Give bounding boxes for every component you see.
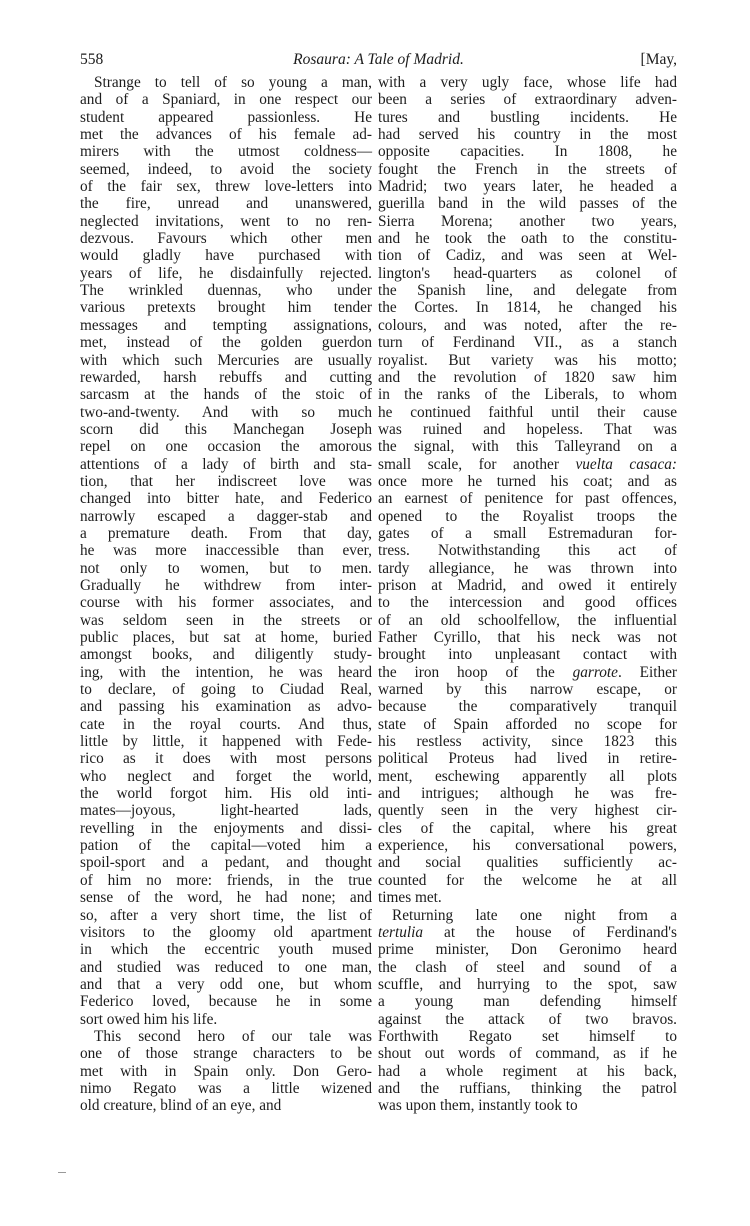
text-line: The wrinkled duennas, who under bbox=[80, 282, 372, 299]
text-line: ing, with the intention, he was heard bbox=[80, 664, 372, 681]
text-line: years of life, he disdainfully rejected. bbox=[80, 265, 372, 282]
text-line: spoil-sport and a pedant, and thought bbox=[80, 854, 372, 871]
text-line: changed into bitter hate, and Federico bbox=[80, 490, 372, 507]
text-line: been a series of extraordinary adven- bbox=[378, 91, 677, 108]
text-line: visitors to the gloomy old apartment bbox=[80, 924, 372, 941]
text-line: and of a Spaniard, in one respect our bbox=[80, 91, 372, 108]
text-line: met, instead of the golden guerdon bbox=[80, 334, 372, 351]
text-line: he was more inaccessible than ever, bbox=[80, 542, 372, 559]
text-line: opposite capacities. In 1808, he bbox=[378, 143, 677, 160]
text-line: the fire, unread and unanswered, bbox=[80, 195, 372, 212]
text-line: rewarded, harsh rebuffs and cutting bbox=[80, 369, 372, 386]
text-line: narrowly escaped a dagger-stab and bbox=[80, 508, 372, 525]
text-line: gates of a small Estremaduran for- bbox=[378, 525, 677, 542]
text-line: to declare, of going to Ciudad Real, bbox=[80, 681, 372, 698]
text-line: the Spanish line, and delegate from bbox=[378, 282, 677, 299]
text-line: Father Cyrillo, that his neck was not bbox=[378, 629, 677, 646]
text-line: messages and tempting assignations, bbox=[80, 317, 372, 334]
text-line: warned by this narrow escape, or bbox=[378, 681, 677, 698]
text-line: and passing his examination as advo- bbox=[80, 698, 372, 715]
text-line: scorn did this Manchegan Joseph bbox=[80, 421, 372, 438]
text-line: was ruined and hopeless. That was bbox=[378, 421, 677, 438]
text-line: mirers with the utmost coldness— bbox=[80, 143, 372, 160]
running-title: Rosaura: A Tale of Madrid. bbox=[80, 50, 677, 70]
text-line: times met. bbox=[378, 889, 677, 906]
text-line: a premature death. From that day, bbox=[80, 525, 372, 542]
text-line: a young man defending himself bbox=[378, 993, 677, 1010]
text-line: the clash of steel and sound of a bbox=[378, 959, 677, 976]
text-line: and the ruffians, thinking the patrol bbox=[378, 1080, 677, 1097]
text-line: sarcasm at the hands of the stoic of bbox=[80, 386, 372, 403]
text-line: royalist. But variety was his motto; bbox=[378, 352, 677, 369]
text-line: sense of the word, he had none; and bbox=[80, 889, 372, 906]
text-line: little by little, it happened with Fede- bbox=[80, 733, 372, 750]
text-line: fought the French in the streets of bbox=[378, 161, 677, 178]
text-line: not only to women, but to men. bbox=[80, 560, 372, 577]
text-line: and he took the oath to the constitu- bbox=[378, 230, 677, 247]
text-line: two-and-twenty. And with so much bbox=[80, 404, 372, 421]
text-line: tertulia at the house of Ferdinand's bbox=[378, 924, 677, 941]
text-line: quently seen in the very highest cir- bbox=[378, 802, 677, 819]
text-line: counted for the welcome he at all bbox=[378, 872, 677, 889]
text-line: ment, eschewing apparently all plots bbox=[378, 768, 677, 785]
text-line: mates—joyous, light-hearted lads, bbox=[80, 802, 372, 819]
text-line: tion of Cadiz, and was seen at Wel- bbox=[378, 247, 677, 264]
text-line: amongst books, and diligently study- bbox=[80, 646, 372, 663]
text-line: Madrid; two years later, he headed a bbox=[378, 178, 677, 195]
text-line: and intrigues; although he was fre- bbox=[378, 785, 677, 802]
text-line: with which such Mercuries are usually bbox=[80, 352, 372, 369]
text-line: public places, but sat at home, buried bbox=[80, 629, 372, 646]
text-line: prison at Madrid, and owed it entirely bbox=[378, 577, 677, 594]
issue-month: [May, bbox=[641, 50, 677, 70]
text-line: seemed, indeed, to avoid the society bbox=[80, 161, 372, 178]
text-line: in the ranks of the Liberals, to whom bbox=[378, 386, 677, 403]
text-line: This second hero of our tale was bbox=[80, 1028, 372, 1045]
text-line: his restless activity, since 1823 this bbox=[378, 733, 677, 750]
text-line: was upon them, instantly took to bbox=[378, 1097, 677, 1114]
text-line: cate in the royal courts. And thus, bbox=[80, 716, 372, 733]
text-line: tardy allegiance, he was thrown into bbox=[378, 560, 677, 577]
text-line: because the comparatively tranquil bbox=[378, 698, 677, 715]
text-line: student appeared passionless. He bbox=[80, 109, 372, 126]
text-line: in which the eccentric youth mused bbox=[80, 941, 372, 958]
text-line: political Proteus had lived in retire- bbox=[378, 750, 677, 767]
text-line: with a very ugly face, whose life had bbox=[378, 74, 677, 91]
text-line: pation of the capital—voted him a bbox=[80, 837, 372, 854]
text-line: met with in Spain only. Don Gero- bbox=[80, 1063, 372, 1080]
text-line: had served his country in the most bbox=[378, 126, 677, 143]
text-line: tures and bustling incidents. He bbox=[378, 109, 677, 126]
text-line: tress. Notwithstanding this act of bbox=[378, 542, 677, 559]
text-line: various pretexts brought him tender bbox=[80, 299, 372, 316]
running-header: 558 Rosaura: A Tale of Madrid. [May, bbox=[80, 50, 677, 70]
text-line: rico as it does with most persons bbox=[80, 750, 372, 767]
text-line: would gladly have purchased with bbox=[80, 247, 372, 264]
text-line: old creature, blind of an eye, and bbox=[80, 1097, 372, 1114]
text-line: had a whole regiment at his back, bbox=[378, 1063, 677, 1080]
text-line: revelling in the enjoyments and dissi- bbox=[80, 820, 372, 837]
text-line: Forthwith Regato set himself to bbox=[378, 1028, 677, 1045]
text-line: the Cortes. In 1814, he changed his bbox=[378, 299, 677, 316]
text-line: and studied was reduced to one man, bbox=[80, 959, 372, 976]
text-line: turn of Ferdinand VII., as a stanch bbox=[378, 334, 677, 351]
text-line: opened to the Royalist troops the bbox=[378, 508, 677, 525]
text-line: he continued faithful until their cause bbox=[378, 404, 677, 421]
text-line: Sierra Morena; another two years, bbox=[378, 213, 677, 230]
left-text-column: Strange to tell of so young a man,and of… bbox=[80, 74, 372, 1115]
text-line: scuffle, and hurrying to the spot, saw bbox=[378, 976, 677, 993]
text-line: guerilla band in the wild passes of the bbox=[378, 195, 677, 212]
text-line: state of Spain afforded no scope for bbox=[378, 716, 677, 733]
text-line: Returning late one night from a bbox=[378, 907, 677, 924]
text-line: shout out words of command, as if he bbox=[378, 1045, 677, 1062]
text-line: Gradually he withdrew from inter- bbox=[80, 577, 372, 594]
text-line: Strange to tell of so young a man, bbox=[80, 74, 372, 91]
text-line: nimo Regato was a little wizened bbox=[80, 1080, 372, 1097]
text-line: of an old schoolfellow, the influential bbox=[378, 612, 677, 629]
text-line: the world forgot him. His old inti- bbox=[80, 785, 372, 802]
text-line: lington's head-quarters as colonel of bbox=[378, 265, 677, 282]
text-line: dezvous. Favours which other men bbox=[80, 230, 372, 247]
text-line: cles of the capital, where his great bbox=[378, 820, 677, 837]
text-line: one of those strange characters to be bbox=[80, 1045, 372, 1062]
text-line: prime minister, Don Geronimo heard bbox=[378, 941, 677, 958]
text-line: the iron hoop of the garrote. Either bbox=[378, 664, 677, 681]
text-line: an earnest of penitence for past offence… bbox=[378, 490, 677, 507]
text-line: Federico loved, because he in some bbox=[80, 993, 372, 1010]
text-line: once more he turned his coat; and as bbox=[378, 473, 677, 490]
text-line: brought into unpleasant contact with bbox=[378, 646, 677, 663]
text-line: of the fair sex, threw love-letters into bbox=[80, 178, 372, 195]
text-line: against the attack of two bravos. bbox=[378, 1011, 677, 1028]
text-line: the signal, with this Talleyrand on a bbox=[378, 438, 677, 455]
text-line: of him no more: friends, in the true bbox=[80, 872, 372, 889]
text-line: met the advances of his female ad- bbox=[80, 126, 372, 143]
text-line: small scale, for another vuelta casaca: bbox=[378, 456, 677, 473]
text-line: so, after a very short time, the list of bbox=[80, 907, 372, 924]
text-line: tion, that her indiscreet love was bbox=[80, 473, 372, 490]
right-text-column: with a very ugly face, whose life hadbee… bbox=[378, 74, 677, 1115]
text-line: who neglect and forget the world, bbox=[80, 768, 372, 785]
text-line: to the intercession and good offices bbox=[378, 594, 677, 611]
text-line: sort owed him his life. bbox=[80, 1011, 372, 1028]
scan-mark bbox=[58, 1172, 66, 1173]
text-line: course with his former associates, and bbox=[80, 594, 372, 611]
text-line: neglected invitations, went to no ren- bbox=[80, 213, 372, 230]
text-line: attentions of a lady of birth and sta- bbox=[80, 456, 372, 473]
text-line: was seldom seen in the streets or bbox=[80, 612, 372, 629]
text-line: and that a very odd one, but whom bbox=[80, 976, 372, 993]
text-line: colours, and was noted, after the re- bbox=[378, 317, 677, 334]
text-line: and the revolution of 1820 saw him bbox=[378, 369, 677, 386]
text-line: experience, his conversational powers, bbox=[378, 837, 677, 854]
text-line: and social qualities sufficiently ac- bbox=[378, 854, 677, 871]
text-line: repel on one occasion the amorous bbox=[80, 438, 372, 455]
